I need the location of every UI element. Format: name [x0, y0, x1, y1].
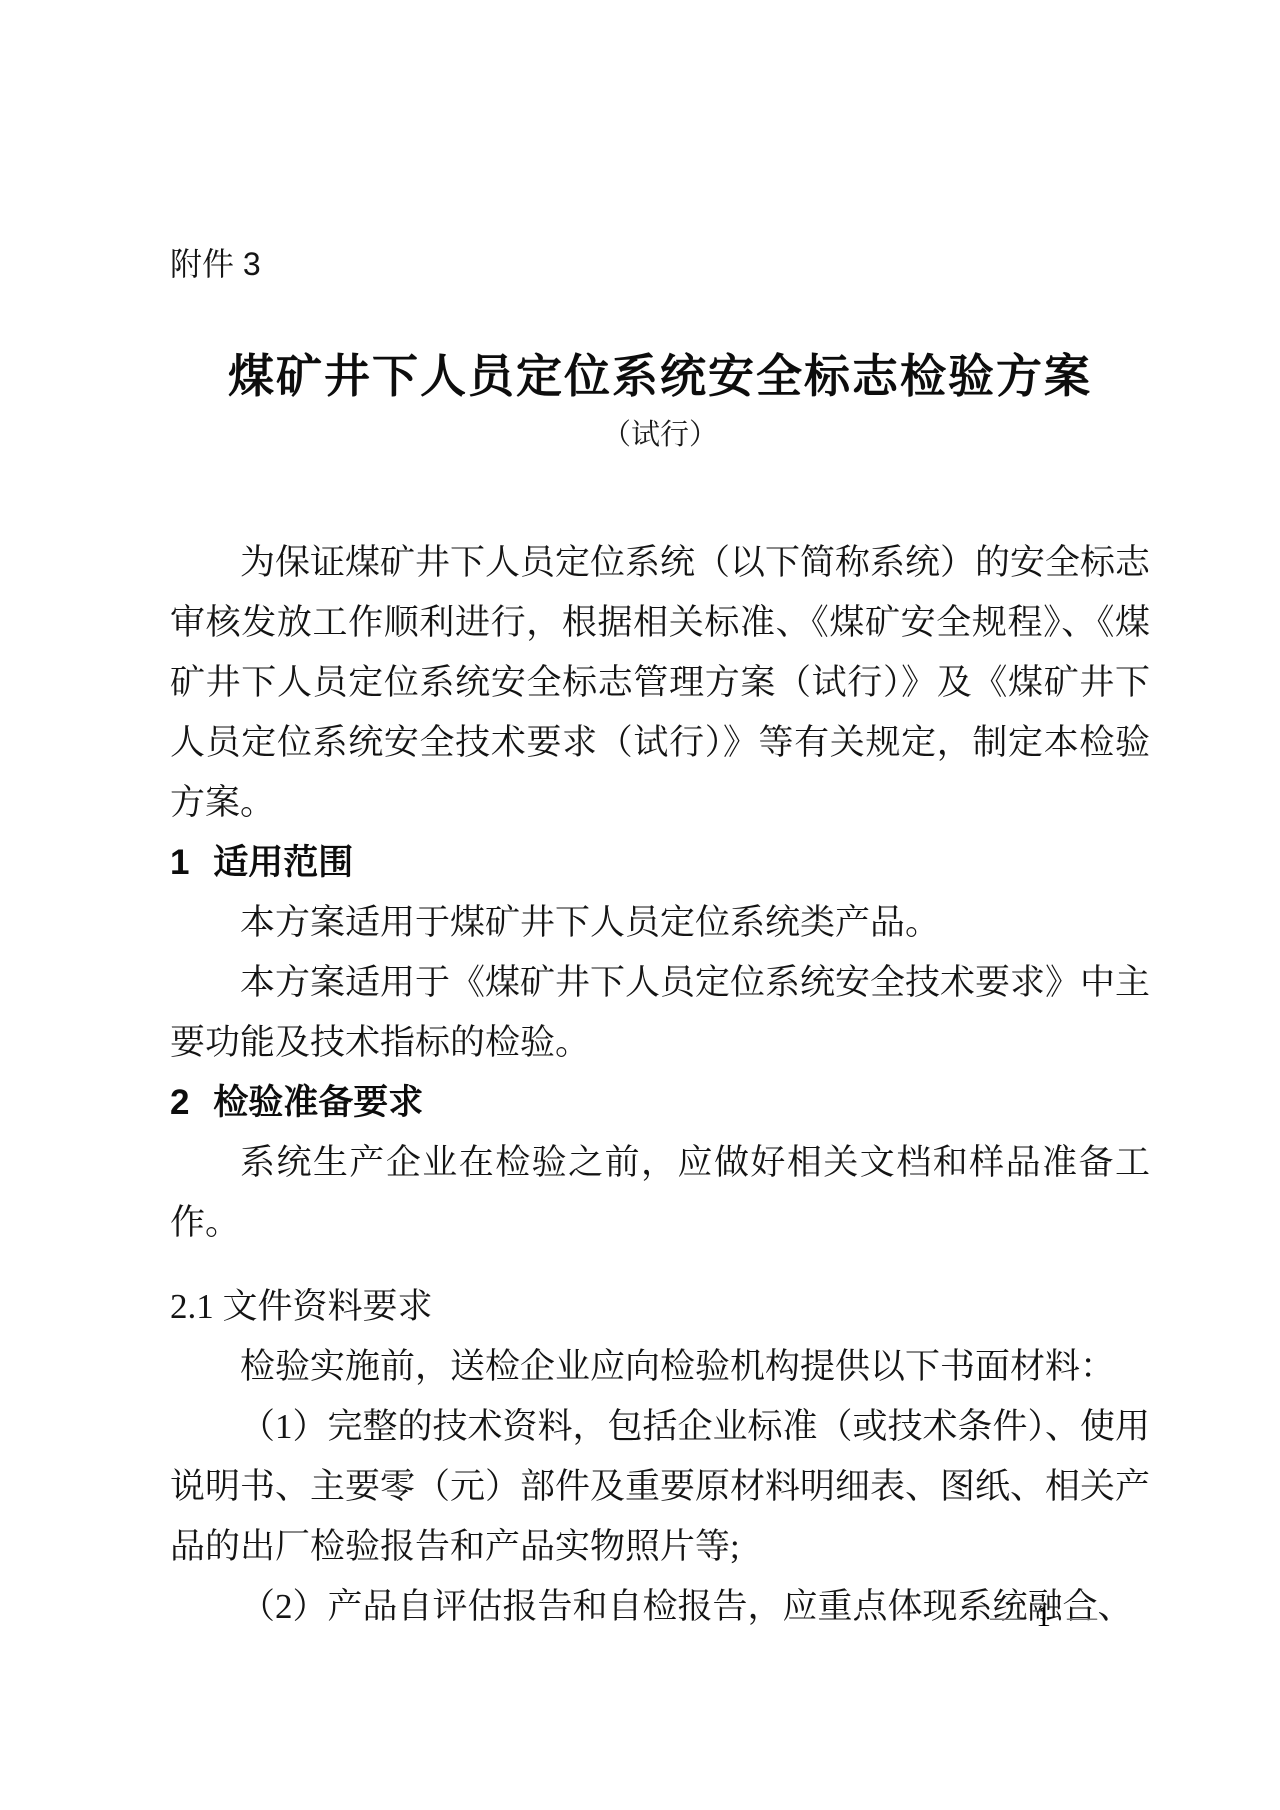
subsection-2-1-paragraph-2: （1）完整的技术资料，包括企业标准（或技术条件）、使用说明书、主要零（元）部件及…: [170, 1397, 1150, 1577]
intro-paragraph: 为保证煤矿井下人员定位系统（以下简称系统）的安全标志审核发放工作顺利进行，根据相…: [170, 533, 1150, 833]
document-page: 附件 3 煤矿井下人员定位系统安全标志检验方案 （试行） 为保证煤矿井下人员定位…: [0, 0, 1280, 1810]
section-2-paragraph-1: 系统生产企业在检验之前，应做好相关文档和样品准备工作。: [170, 1133, 1150, 1253]
footer-dash-left: —: [990, 1600, 1020, 1634]
section-1-paragraph-2: 本方案适用于《煤矿井下人员定位系统安全技术要求》中主要功能及技术指标的检验。: [170, 953, 1150, 1073]
footer-page-number: 1: [1036, 1600, 1051, 1634]
heading-section-2-preparation: 2 检验准备要求: [170, 1073, 1150, 1133]
section-1-paragraph-1: 本方案适用于煤矿井下人员定位系统类产品。: [170, 893, 1150, 953]
document-subtitle: （试行）: [170, 415, 1150, 455]
heading-subsection-2-1-documents: 2.1 文件资料要求: [170, 1277, 1150, 1337]
document-title: 煤矿井下人员定位系统安全标志检验方案: [170, 349, 1150, 403]
attachment-label: 附件 3: [170, 246, 1150, 282]
footer-dash-right: —: [1067, 1600, 1097, 1634]
page-footer: — 1 —: [990, 1600, 1097, 1634]
heading-section-1-scope: 1 适用范围: [170, 833, 1150, 893]
subsection-2-1-paragraph-1: 检验实施前，送检企业应向检验机构提供以下书面材料：: [170, 1337, 1150, 1397]
